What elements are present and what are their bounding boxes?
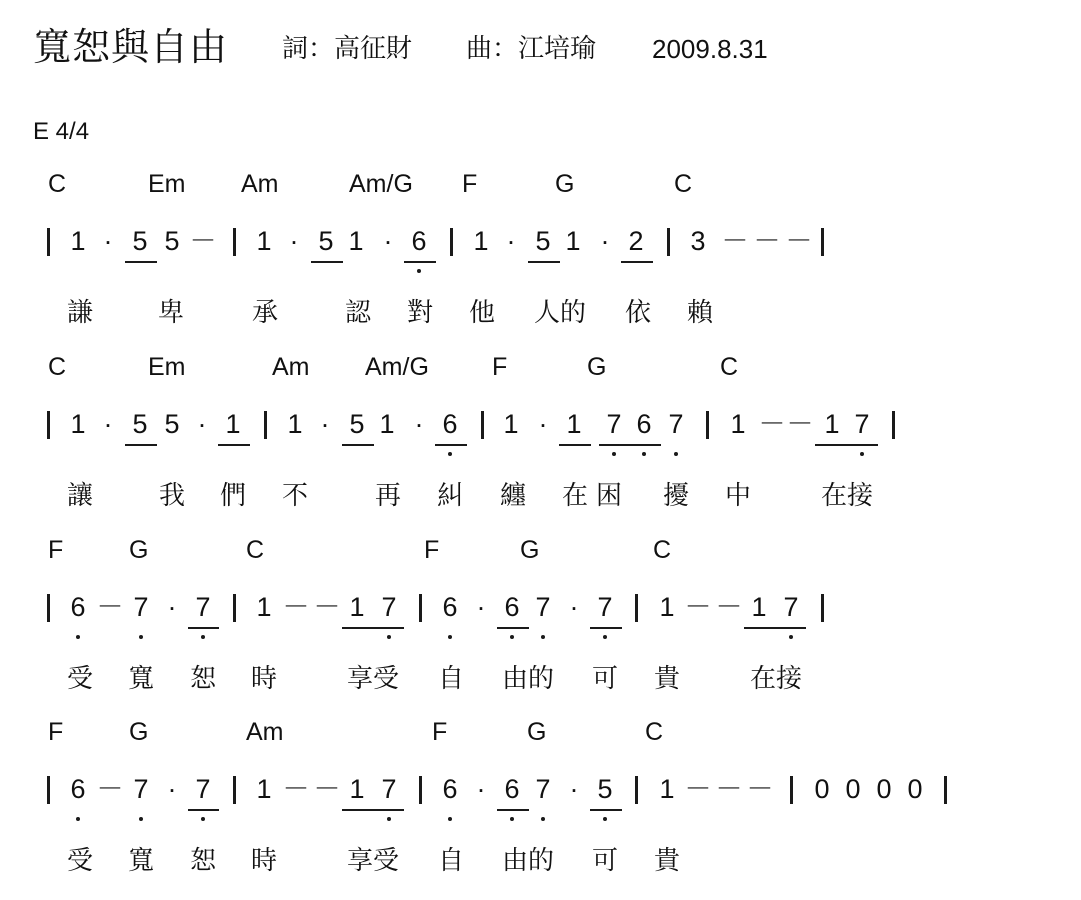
- eighth-underline: [435, 444, 467, 446]
- barline: [635, 594, 638, 622]
- barline: [481, 411, 484, 439]
- note: 1: [659, 594, 674, 621]
- note: 5: [318, 228, 333, 255]
- chord-symbol: C: [653, 538, 671, 563]
- lyric-syllable: 貴: [654, 848, 680, 874]
- lyric-syllable: 纏: [500, 483, 526, 509]
- lyric-syllable: 擾: [663, 483, 689, 509]
- note: 6: [442, 411, 457, 438]
- eighth-underline: [342, 809, 404, 811]
- note: 2: [628, 228, 643, 255]
- lower-octave-dot: [510, 635, 514, 639]
- chord-symbol: Am: [272, 355, 310, 380]
- lyric-syllable: 我: [159, 483, 185, 509]
- note: 3: [690, 228, 705, 255]
- lyric-syllable: 可: [592, 666, 618, 692]
- lower-octave-dot: [139, 635, 143, 639]
- eighth-underline: [188, 809, 219, 811]
- barline: [47, 776, 50, 804]
- lower-octave-dot: [603, 817, 607, 821]
- augmentation-dot: ·: [477, 594, 486, 621]
- augmentation-dot: ·: [415, 411, 424, 438]
- augmentation-dot: ·: [321, 411, 330, 438]
- chord-symbol: Am: [241, 172, 279, 197]
- augmentation-dot: ·: [290, 228, 299, 255]
- note: 5: [132, 411, 147, 438]
- lyric-syllable: 承: [252, 300, 278, 326]
- lyric-syllable: 認: [345, 300, 371, 326]
- lyricist-credit: 詞：高征財: [282, 36, 412, 62]
- composer-credit: 曲：江培瑜: [466, 36, 596, 62]
- note: 7: [535, 594, 550, 621]
- key-signature: E 4/4: [33, 120, 89, 144]
- date: 2009.8.31: [652, 36, 768, 62]
- note: 1: [566, 411, 581, 438]
- note: 7: [195, 776, 210, 803]
- augmentation-dot: ·: [570, 776, 579, 803]
- augmentation-dot: ·: [539, 411, 548, 438]
- lyric-syllable: 對: [407, 300, 433, 326]
- note: 6: [70, 594, 85, 621]
- augmentation-dot: ·: [168, 776, 177, 803]
- barline: [790, 776, 793, 804]
- augmentation-dot: ·: [477, 776, 486, 803]
- lyric-syllable: 讓: [67, 483, 93, 509]
- note: 1: [256, 776, 271, 803]
- lyric-syllable: 他: [469, 300, 495, 326]
- barline: [419, 594, 422, 622]
- chord-symbol: Am/G: [349, 172, 413, 197]
- lyric-syllable: 時: [251, 666, 277, 692]
- note: 6: [411, 228, 426, 255]
- eighth-underline: [188, 627, 219, 629]
- lyric-syllable: 享受: [347, 666, 399, 692]
- barline: [706, 411, 709, 439]
- note: 6: [636, 411, 651, 438]
- lyric-syllable: 享受: [347, 848, 399, 874]
- chord-symbol: G: [129, 720, 148, 745]
- note: 1: [565, 228, 580, 255]
- dash-extension: －: [314, 776, 341, 803]
- augmentation-dot: ·: [601, 228, 610, 255]
- note: 7: [195, 594, 210, 621]
- dash-extension: －: [754, 228, 781, 255]
- barline: [944, 776, 947, 804]
- note: 1: [503, 411, 518, 438]
- note: 6: [70, 776, 85, 803]
- lyric-syllable: 糾: [437, 483, 463, 509]
- dash-extension: －: [685, 594, 712, 621]
- lower-octave-dot: [139, 817, 143, 821]
- augmentation-dot: ·: [168, 594, 177, 621]
- lyric-syllable: 人的: [534, 300, 586, 326]
- chord-symbol: Am/G: [365, 355, 429, 380]
- augmentation-dot: ·: [507, 228, 516, 255]
- eighth-underline: [342, 444, 374, 446]
- eighth-underline: [590, 809, 622, 811]
- chord-symbol: F: [492, 355, 507, 380]
- chord-symbol: C: [720, 355, 738, 380]
- lyric-syllable: 在接: [750, 666, 802, 692]
- eighth-underline: [528, 261, 560, 263]
- chord-symbol: F: [424, 538, 439, 563]
- barline: [419, 776, 422, 804]
- lyric-syllable: 在接: [821, 483, 873, 509]
- note: 7: [606, 411, 621, 438]
- lyric-syllable: 依: [625, 300, 651, 326]
- lower-octave-dot: [76, 635, 80, 639]
- note: 5: [597, 776, 612, 803]
- lower-octave-dot: [510, 817, 514, 821]
- dash-extension: －: [97, 776, 124, 803]
- note: 6: [442, 776, 457, 803]
- note: 6: [504, 594, 519, 621]
- lower-octave-dot: [603, 635, 607, 639]
- lyric-syllable: 時: [251, 848, 277, 874]
- lower-octave-dot: [417, 269, 421, 273]
- note: 6: [504, 776, 519, 803]
- eighth-underline: [744, 627, 806, 629]
- barline: [47, 411, 50, 439]
- note: 1: [379, 411, 394, 438]
- chord-symbol: F: [48, 538, 63, 563]
- chord-symbol: G: [527, 720, 546, 745]
- lower-octave-dot: [201, 817, 205, 821]
- note: 1: [348, 228, 363, 255]
- lyric-syllable: 中: [725, 483, 751, 509]
- dash-extension: －: [283, 594, 310, 621]
- chord-symbol: C: [246, 538, 264, 563]
- note: 5: [164, 228, 179, 255]
- augmentation-dot: ·: [104, 411, 113, 438]
- barline: [667, 228, 670, 256]
- lyric-syllable: 們: [220, 483, 246, 509]
- augmentation-dot: ·: [570, 594, 579, 621]
- dash-extension: －: [685, 776, 712, 803]
- note: 1: [256, 594, 271, 621]
- lyric-syllable: 在: [562, 483, 588, 509]
- lyric-syllable: 困: [596, 483, 622, 509]
- note: 7: [133, 776, 148, 803]
- lyric-syllable: 可: [592, 848, 618, 874]
- lower-octave-dot: [387, 817, 391, 821]
- lower-octave-dot: [674, 452, 678, 456]
- chord-symbol: Em: [148, 355, 186, 380]
- lyric-syllable: 自: [438, 666, 464, 692]
- note: 7: [854, 411, 869, 438]
- note: 1: [730, 411, 745, 438]
- lyric-syllable: 寬: [128, 666, 154, 692]
- chord-symbol: G: [555, 172, 574, 197]
- dash-extension: －: [787, 411, 814, 438]
- barline: [47, 594, 50, 622]
- lyric-syllable: 由的: [502, 666, 554, 692]
- eighth-underline: [497, 627, 529, 629]
- note: 1: [70, 228, 85, 255]
- lower-octave-dot: [387, 635, 391, 639]
- chord-symbol: F: [432, 720, 447, 745]
- eighth-underline: [621, 261, 653, 263]
- note: 0: [876, 776, 891, 803]
- lyric-syllable: 由的: [502, 848, 554, 874]
- lower-octave-dot: [789, 635, 793, 639]
- note: 0: [907, 776, 922, 803]
- dash-extension: －: [716, 594, 743, 621]
- dash-extension: －: [722, 228, 749, 255]
- barline: [233, 228, 236, 256]
- chord-symbol: F: [462, 172, 477, 197]
- lower-octave-dot: [76, 817, 80, 821]
- lower-octave-dot: [860, 452, 864, 456]
- chord-symbol: C: [48, 355, 66, 380]
- eighth-underline: [311, 261, 343, 263]
- lower-octave-dot: [448, 635, 452, 639]
- eighth-underline: [404, 261, 436, 263]
- lyric-syllable: 謙: [67, 300, 93, 326]
- eighth-underline: [599, 444, 661, 446]
- chord-symbol: G: [129, 538, 148, 563]
- note: 7: [133, 594, 148, 621]
- chord-symbol: C: [645, 720, 663, 745]
- note: 5: [164, 411, 179, 438]
- note: 1: [659, 776, 674, 803]
- lyric-syllable: 恕: [190, 848, 216, 874]
- chord-symbol: G: [587, 355, 606, 380]
- lower-octave-dot: [201, 635, 205, 639]
- lower-octave-dot: [448, 817, 452, 821]
- lower-octave-dot: [541, 817, 545, 821]
- song-title: 寬恕與自由: [33, 28, 228, 66]
- lyric-syllable: 恕: [190, 666, 216, 692]
- eighth-underline: [590, 627, 622, 629]
- eighth-underline: [125, 444, 157, 446]
- eighth-underline: [218, 444, 250, 446]
- dash-extension: －: [190, 228, 217, 255]
- note: 1: [256, 228, 271, 255]
- note: 1: [70, 411, 85, 438]
- lyric-syllable: 再: [375, 483, 401, 509]
- dash-extension: －: [97, 594, 124, 621]
- barline: [821, 594, 824, 622]
- lyric-syllable: 受: [67, 848, 93, 874]
- chord-symbol: C: [674, 172, 692, 197]
- chord-symbol: Em: [148, 172, 186, 197]
- dash-extension: －: [283, 776, 310, 803]
- eighth-underline: [559, 444, 591, 446]
- note: 1: [287, 411, 302, 438]
- barline: [233, 776, 236, 804]
- dash-extension: －: [786, 228, 813, 255]
- lower-octave-dot: [642, 452, 646, 456]
- note: 7: [668, 411, 683, 438]
- lyric-syllable: 賴: [687, 300, 713, 326]
- barline: [450, 228, 453, 256]
- note: 0: [814, 776, 829, 803]
- dash-extension: －: [759, 411, 786, 438]
- eighth-underline: [497, 809, 529, 811]
- note: 7: [381, 776, 396, 803]
- barline: [264, 411, 267, 439]
- barline: [892, 411, 895, 439]
- note: 1: [225, 411, 240, 438]
- barline: [233, 594, 236, 622]
- lyric-syllable: 寬: [128, 848, 154, 874]
- chord-symbol: Am: [246, 720, 284, 745]
- note: 0: [845, 776, 860, 803]
- note: 7: [535, 776, 550, 803]
- note: 5: [132, 228, 147, 255]
- lyric-syllable: 自: [438, 848, 464, 874]
- lyric-syllable: 不: [282, 483, 308, 509]
- dash-extension: －: [314, 594, 341, 621]
- note: 5: [535, 228, 550, 255]
- note: 1: [473, 228, 488, 255]
- chord-symbol: C: [48, 172, 66, 197]
- chord-symbol: G: [520, 538, 539, 563]
- lyric-syllable: 卑: [158, 300, 184, 326]
- augmentation-dot: ·: [198, 411, 207, 438]
- dash-extension: －: [747, 776, 774, 803]
- note: 6: [442, 594, 457, 621]
- chord-symbol: F: [48, 720, 63, 745]
- augmentation-dot: ·: [384, 228, 393, 255]
- note: 5: [349, 411, 364, 438]
- barline: [47, 228, 50, 256]
- augmentation-dot: ·: [104, 228, 113, 255]
- note: 1: [751, 594, 766, 621]
- lower-octave-dot: [612, 452, 616, 456]
- note: 1: [349, 594, 364, 621]
- lower-octave-dot: [541, 635, 545, 639]
- dash-extension: －: [716, 776, 743, 803]
- note: 1: [824, 411, 839, 438]
- eighth-underline: [125, 261, 157, 263]
- note: 7: [783, 594, 798, 621]
- lyric-syllable: 受: [67, 666, 93, 692]
- eighth-underline: [815, 444, 878, 446]
- note: 7: [597, 594, 612, 621]
- lower-octave-dot: [448, 452, 452, 456]
- barline: [821, 228, 824, 256]
- lyric-syllable: 貴: [654, 666, 680, 692]
- note: 7: [381, 594, 396, 621]
- note: 1: [349, 776, 364, 803]
- barline: [635, 776, 638, 804]
- eighth-underline: [342, 627, 404, 629]
